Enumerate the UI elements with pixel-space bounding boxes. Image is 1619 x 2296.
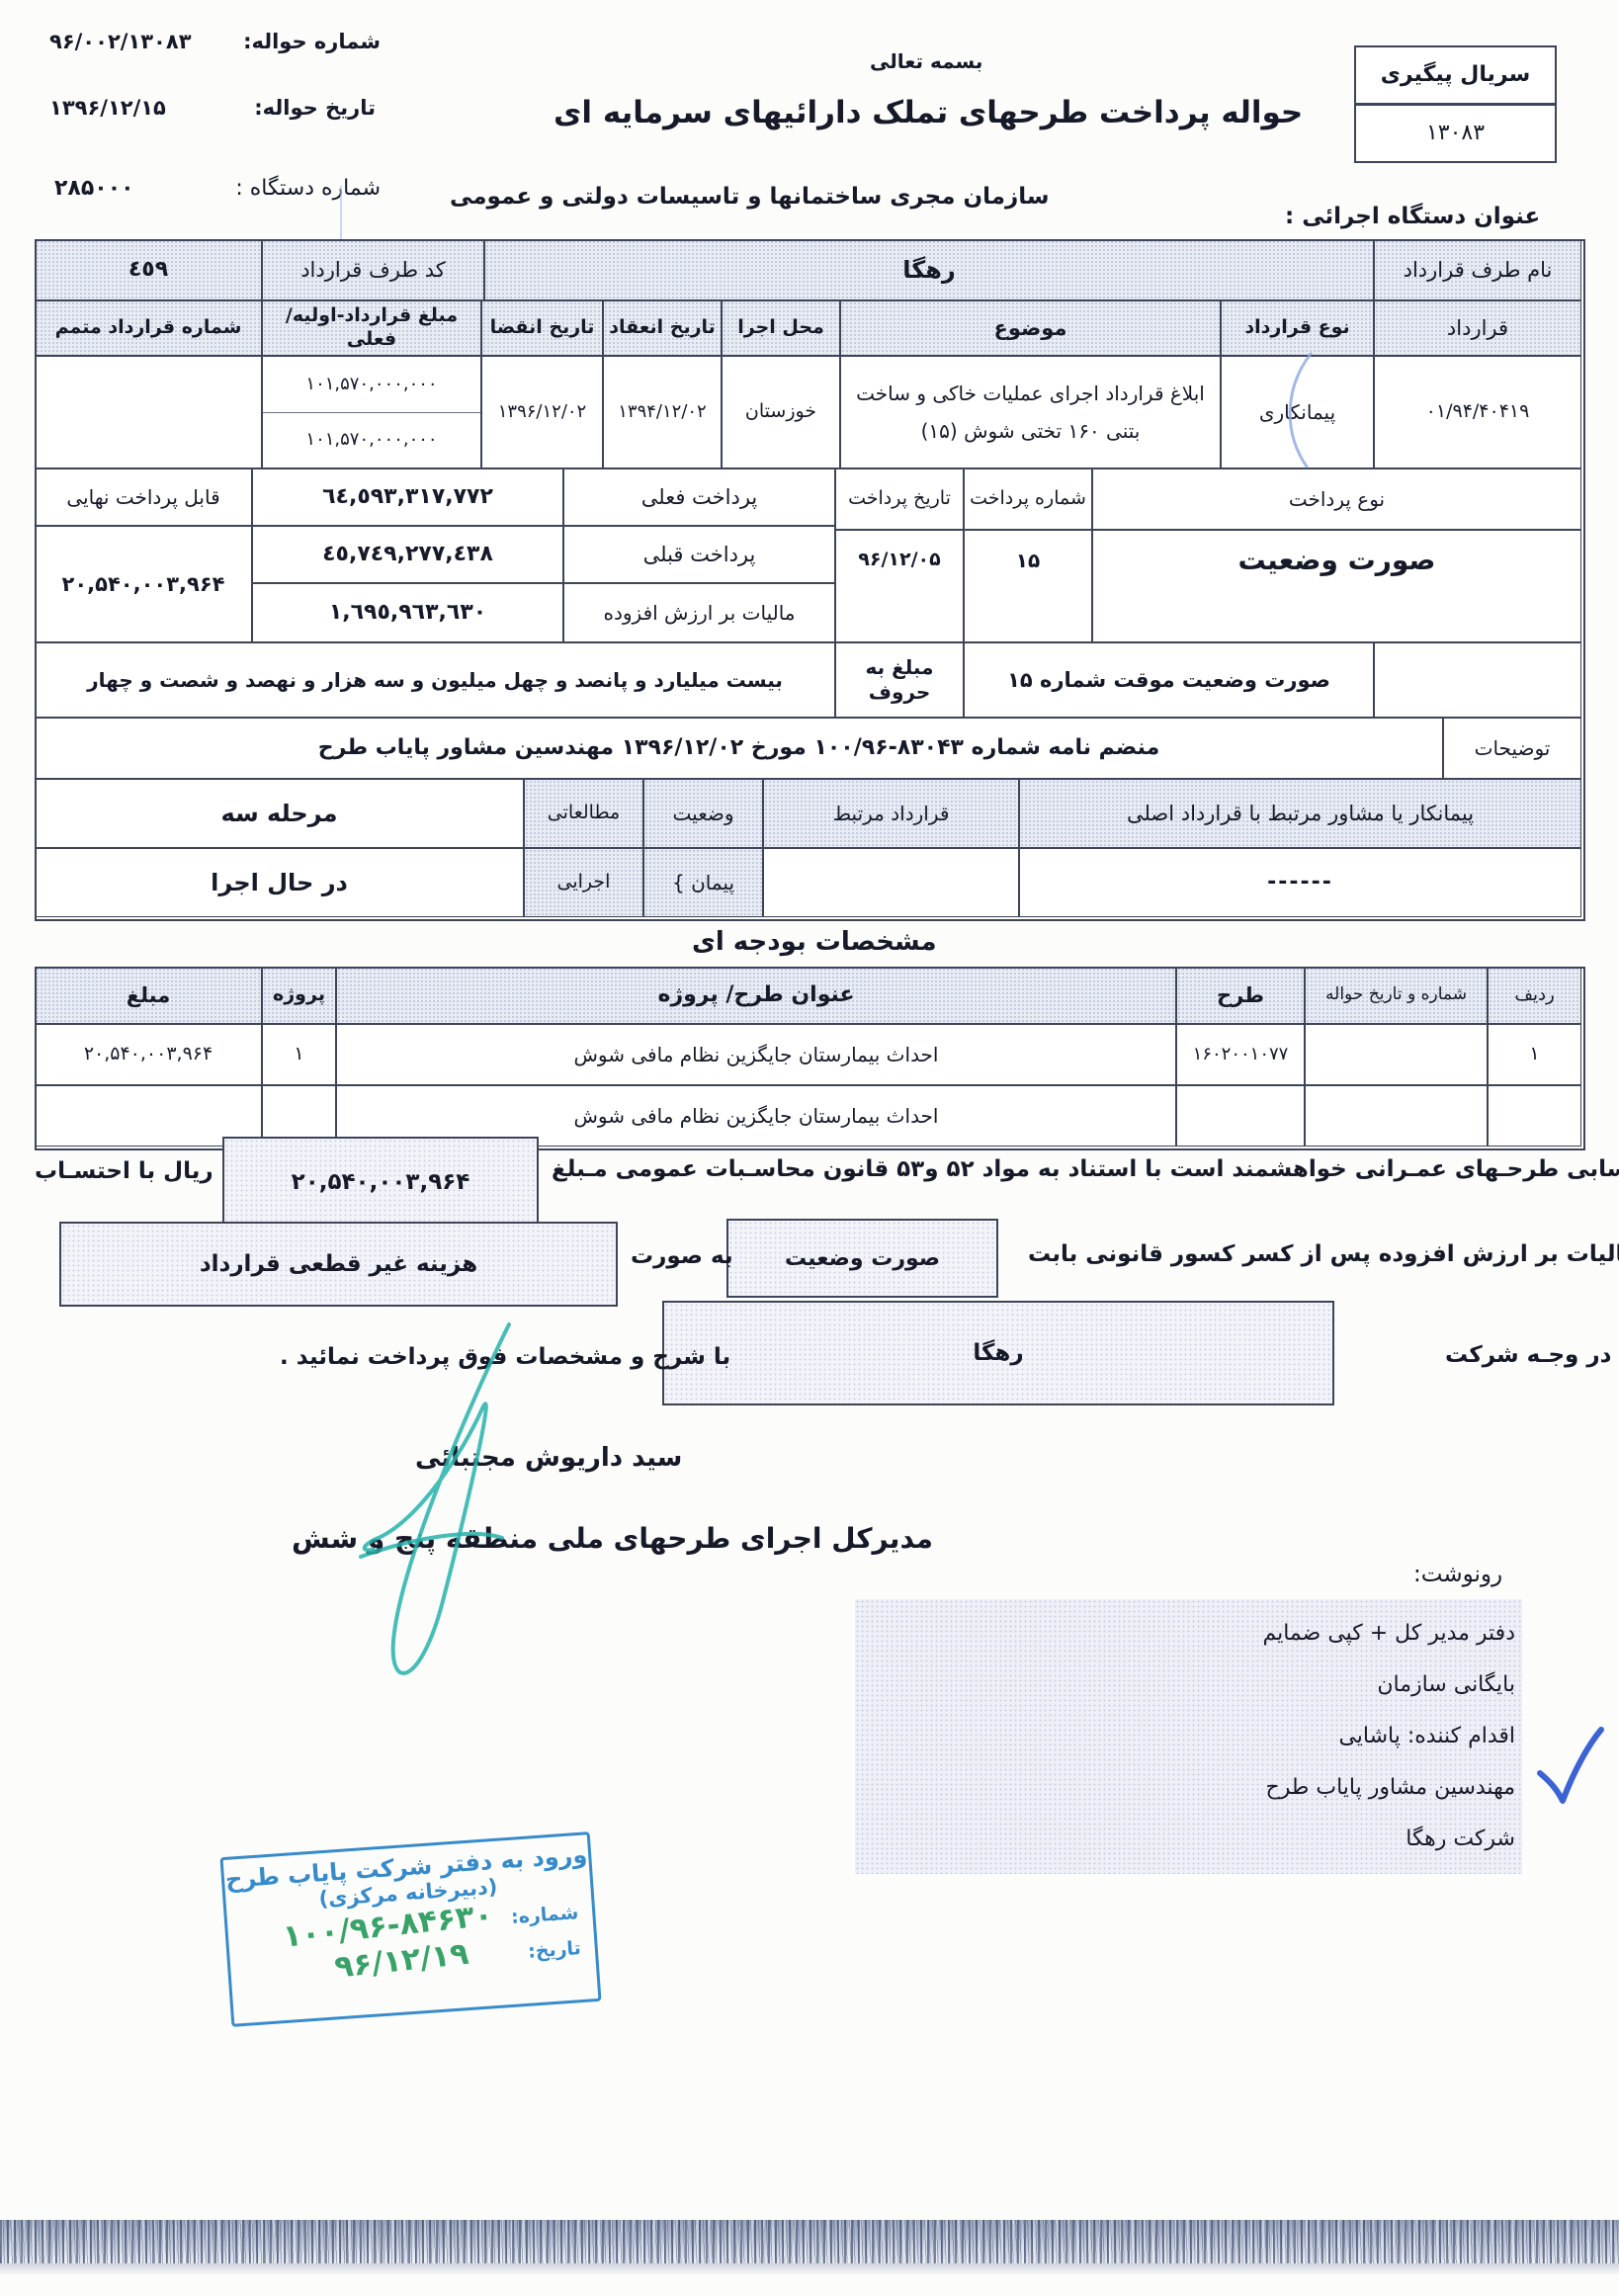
budget-row-no: ۱ [1488,1024,1581,1085]
voucher-number-line: شماره حواله: ۹۶/۰۰۲/۱۳۰۸۳ [49,30,381,53]
voucher-date-label: تاریخ حواله: [254,96,376,120]
copy-item-1: دفتر مدیر کل + کپی ضمایم [1262,1621,1515,1646]
supplement-contract-value [35,356,262,468]
body-amount-box: ۲۰,۵۴۰,۰۰۳,۹۶۴ [222,1137,539,1228]
payment-no-value: ۱۵ [964,530,1092,642]
party-name-label: نام طرف قرارداد [1374,239,1581,300]
device-number-line: شماره دستگاه : ۲۸۵۰۰۰ [54,176,381,201]
executing-org: سازمان مجری ساختمانها و تاسیسات دولتی و … [450,184,1049,210]
party-code-label: کد طرف قرارداد [262,239,484,300]
previous-payment-value: ٤٥,٧٤٩,٢٧٧,٤٣٨ [252,526,563,583]
agency-label: عنوان دستگاه اجرائی : [1285,204,1540,229]
device-number-value: ۲۸۵۰۰۰ [54,176,134,201]
related-contract-value [763,848,1019,917]
status-label: وضعیت [643,779,763,848]
budget-title-1: احداث بیمارستان جایگزین نظام مافی شوش [336,1024,1176,1085]
final-payable-value: ۲۰,۵۴۰,۰۰۳,۹۶۴ [35,526,252,642]
body-line3-a: در وجـه شرکت [1445,1342,1611,1368]
related-consultant-value: ------ [1019,848,1581,917]
payment-date-value: ۹۶/۱۲/۰۵ [835,530,964,642]
payment-date-label: تاریخ پرداخت [835,468,964,530]
peyman-label: پیمان } [643,848,763,917]
subject-line2: بتنی ۱۶۰ تختی شوش (۱۵) [856,412,1205,450]
related-consultant-header: پیمانکار یا مشاور مرتبط با قرارداد اصلی [1019,779,1581,848]
notes-label: توضیحات [1443,718,1581,779]
previous-payment-label: پرداخت قبلی [563,526,835,583]
stamp-date-label: تاریخ: [527,1937,581,1963]
budget-col-project: پروژه [262,967,336,1024]
pen-mark [1277,348,1321,471]
vat-value: ۱,٦٩٥,٩٦٣,٦٣۰ [252,583,563,642]
body-company-box: رهگا [662,1301,1334,1405]
device-number-label: شماره دستگاه : [235,176,381,201]
body-line2-a: مالیات بر ارزش افزوده پس از کسر کسور قان… [1028,1241,1619,1267]
body-expense-box: هزینه غیر قطعی قرارداد [59,1222,618,1307]
party-code-value: ٤٥٩ [35,239,262,300]
sign-date-label: تاریخ انعقاد [603,300,722,356]
statement-ref: صورت وضعیت موقت شماره ۱۵ [964,642,1374,718]
contract-amount-cell: ۱۰۱,۵۷۰,۰۰۰,۰۰۰ ۱۰۱,۵۷۰,۰۰۰,۰۰۰ [262,356,481,468]
copy-item-2: بایگانی سازمان [1377,1672,1515,1697]
budget-heading: مشخصات بودجه ای [692,927,937,957]
entry-stamp: ورود به دفتر شرکت پایاب طرح (دبیرخانه مر… [219,1831,601,2027]
stamp-number-label: شماره: [510,1902,579,1928]
voucher-date-value: ۱۳۹۶/۱۲/۱۵ [49,96,166,120]
sign-date-value: ۱۳۹۴/۱۲/۰۲ [603,356,722,468]
copy-item-4: مهندسین مشاور پایاب طرح [1266,1775,1515,1800]
subject-cell: ابلاغ قرارداد اجرای عملیات خاکی و ساخت ب… [840,356,1221,468]
location-label: محل اجرا [722,300,840,356]
contract-label: قرارداد [1374,300,1581,356]
budget-col-row: ردیف [1488,967,1581,1024]
page-title: حواله پرداخت طرحهای تملک دارائیهای سرمای… [554,95,1303,130]
party-name-value: رهگا [484,239,1374,300]
subject-label: موضوع [840,300,1221,356]
body-status-box: صورت وضعیت [726,1219,998,1298]
scan-noise-band [0,2220,1619,2263]
budget-project-no: ۱ [262,1024,336,1085]
final-payable-label: قابل پرداخت نهایی [35,468,252,526]
scanned-payment-voucher: شماره حواله: ۹۶/۰۰۲/۱۳۰۸۳ تاریخ حواله: ۱… [0,0,1619,2296]
body-line1-b: ریال با احتسـاب [35,1158,213,1184]
contract-amount-label: مبلغ قرارداد-اولیه/فعلی [262,300,481,356]
check-mark-icon [1530,1722,1609,1811]
bismillah: بسمه تعالی [870,49,982,73]
contract-no-value: ۰۱/۹۴/۴۰۴۱۹ [1374,356,1581,468]
copy-item-3: اقدام کننده: پاشایی [1338,1724,1515,1748]
phase-status: در حال اجرا [35,848,524,917]
copies-label: رونوشت: [1413,1562,1502,1587]
study-label: مطالعاتی [524,779,643,848]
payment-no-label: شماره پرداخت [964,468,1092,530]
notes-value: منضم نامه شماره ۸۳۰۴۳-۱۰۰/۹۶ مورخ ۱۳۹۶/۱… [35,718,1443,779]
budget-row-2 [1488,1085,1581,1147]
tracking-serial-value: ۱۳۰۸۳ [1354,104,1557,163]
current-payment-label: پرداخت فعلی [563,468,835,526]
budget-col-amount: مبلغ [35,967,262,1024]
supplement-contract-label: شماره قرارداد متمم [35,300,262,356]
budget-col-plan: طرح [1176,967,1305,1024]
budget-ref-value [1305,1024,1488,1085]
expiry-date-label: تاریخ انقضا [481,300,603,356]
location-value: خوزستان [722,356,840,468]
signature-stroke [326,1305,583,1720]
expiry-date-value: ۱۳۹۶/۱۲/۰۲ [481,356,603,468]
payment-type-label: نوع پرداخت [1092,468,1581,530]
exec-label: اجرایی [524,848,643,917]
scan-noise-fade [0,2263,1619,2275]
amount-words-label: مبلغ به حروف [835,642,964,718]
budget-col-ref: شماره و تاریخ حواله [1305,967,1488,1024]
budget-amount: ۲۰,۵۴۰,۰۰۳,۹۶۴ [35,1024,262,1085]
budget-plan-2 [1176,1085,1305,1147]
body-line1-a: ذیحسابی طرحـهای عمـرانی خواهشمند است با … [552,1156,1619,1182]
current-payment-value: ٦٤,٥٩٣,٣١٧,٧٧٢ [252,468,563,526]
budget-ref-2 [1305,1085,1488,1147]
budget-col-title: عنوان طرح/ پروژه [336,967,1176,1024]
budget-plan-code: ۱۶۰۲۰۰۱۰۷۷ [1176,1024,1305,1085]
statement-ref-empty [1374,642,1581,718]
amount-in-words: بیست میلیارد و پانصد و چهل میلیون و سه ه… [35,642,835,718]
related-contract-label: قرارداد مرتبط [763,779,1019,848]
contract-amount-initial: ۱۰۱,۵۷۰,۰۰۰,۰۰۰ [263,357,480,413]
payment-type-value: صورت وضعیت [1092,530,1581,642]
contract-amount-current: ۱۰۱,۵۷۰,۰۰۰,۰۰۰ [263,413,480,468]
voucher-number-value: ۹۶/۰۰۲/۱۳۰۸۳ [49,30,192,53]
phase-value: مرحله سه [35,779,524,848]
vat-label: مالیات بر ارزش افزوده [563,583,835,642]
tracking-serial-label: سریال پیگیری [1354,45,1557,105]
subject-line1: ابلاغ قرارداد اجرای عملیات خاکی و ساخت [856,375,1205,412]
body-line2-b: به صورت [631,1243,733,1269]
voucher-number-label: شماره حواله: [243,30,381,53]
voucher-date-line: تاریخ حواله: ۱۳۹۶/۱۲/۱۵ [49,96,376,120]
copy-item-5: شرکت رهگا [1406,1827,1515,1851]
